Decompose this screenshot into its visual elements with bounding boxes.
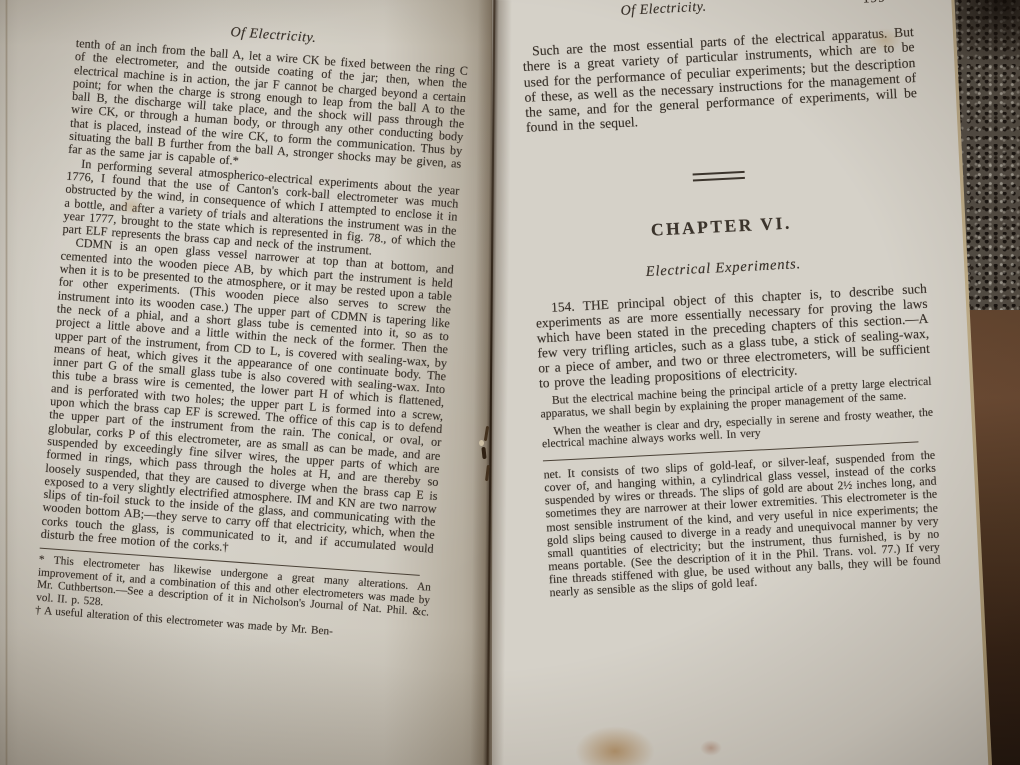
- left-page-text-block: Of Electricity. tenth of an inch from th…: [35, 14, 470, 646]
- left-paragraph-3: CDMN is an open glass vessel narrower at…: [40, 236, 454, 569]
- right-page: Of Electricity. 199 Such are the most es…: [492, 0, 1020, 765]
- section-divider: [693, 171, 745, 182]
- left-page: Of Electricity. tenth of an inch from th…: [0, 0, 492, 765]
- left-footnotes: * This electrometer has likewise undergo…: [35, 554, 432, 645]
- chapter-subheading: Electrical Experiments.: [527, 250, 919, 287]
- right-running-head-row: Of Electricity. 199: [520, 0, 912, 25]
- spacer: [735, 3, 863, 9]
- right-page-text-block: Of Electricity. 199 Such are the most es…: [520, 0, 941, 599]
- right-running-head: Of Electricity.: [620, 0, 707, 20]
- left-body: tenth of an inch from the ball A, let a …: [40, 37, 468, 569]
- chapter-heading: CHAPTER VI.: [525, 206, 918, 247]
- book-photo: Of Electricity. tenth of an inch from th…: [0, 0, 1020, 765]
- right-footnote: net. It consists of two slips of gold-le…: [543, 449, 941, 600]
- right-intro-paragraph: Such are the most essential parts of the…: [522, 24, 918, 135]
- right-paragraph-154: 154. THE principal object of this chapte…: [535, 281, 931, 391]
- binding-thread: [479, 440, 484, 446]
- page-number: 199: [862, 0, 886, 7]
